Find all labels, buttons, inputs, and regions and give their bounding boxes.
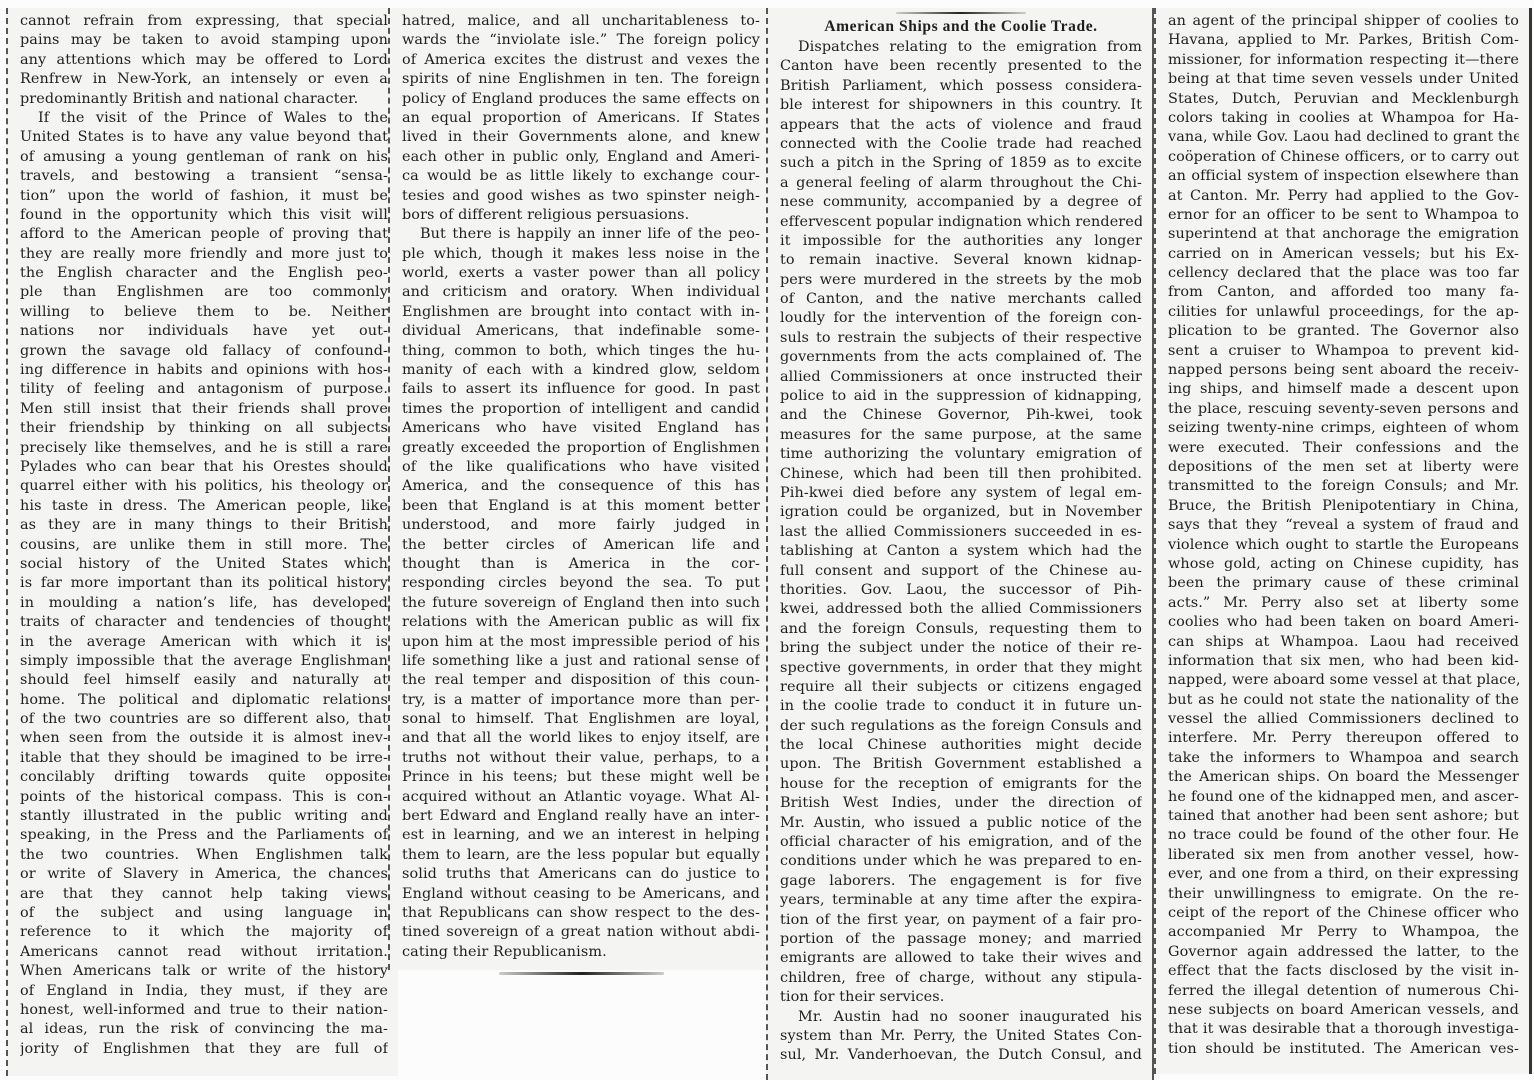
text-line: missioner, for information respecting it… [1168,51,1519,70]
text-line: bors of different religious persuasions. [402,206,760,225]
text-line: Havana, applied to Mr. Parkes, British C… [1168,31,1519,50]
text-line: thing, common to both, which tinges the … [402,342,760,361]
text-line: ca would be as little likely to exchange… [402,167,760,186]
text-line: Mr. Austin, who issued a public notice o… [780,814,1142,833]
text-line: grown the savage old fallacy of confound… [20,342,388,361]
text-line: quarrel either with his politics, his th… [20,477,388,496]
text-line: ing difference in habits and opinions wi… [20,361,388,380]
text-line: Americans cannot read without irritation… [20,943,388,962]
text-line: each other in public only, England and A… [402,148,760,167]
text-line: of Canton, and the native merchants call… [780,290,1142,309]
text-line: were executed. Their confessions and the [1168,439,1519,458]
text-line: coolies who had been taken on board Amer… [1168,613,1519,632]
text-line: reference to it which the majority of [20,923,388,942]
section-divider-rule [896,12,1026,14]
text-line: ernor for an officer to be sent to Whamp… [1168,206,1519,225]
text-line: information that six men, who had been k… [1168,652,1519,671]
text-line: America, and the consequence of this has [402,477,760,496]
text-line: house for the reception of emigrants for… [780,775,1142,794]
text-line: Chinese, which had been till then prohib… [780,465,1142,484]
text-line: an official system of inspection elsewhe… [1168,167,1519,186]
text-line: life something like a just and rational … [402,652,760,671]
text-line: try, is a matter of importance more than… [402,691,760,710]
text-line: est in learning, and we an interest in h… [402,826,760,845]
text-line: whose gold, acting on Chinese cupidity, … [1168,555,1519,574]
text-line: Governor again addressed the latter, to … [1168,943,1519,962]
text-line: carried on in American vessels; but his … [1168,245,1519,264]
text-line: a general feeling of alarm throughout th… [780,174,1142,193]
text-line: the place, rescuing seventy-seven person… [1168,400,1519,419]
text-line: simply impossible that the average Engli… [20,652,388,671]
text-line: in the coolie trade to conduct it in fut… [780,697,1142,716]
article-end-rule [499,972,664,975]
text-line: or write of Slavery in America, the chan… [20,865,388,884]
text-line: governments from the acts complained of.… [780,348,1142,367]
text-line: acts.” Mr. Perry also set at liberty som… [1168,594,1519,613]
text-line: willing to believe them to be. Neither [20,303,388,322]
text-line: truths not without their value, perhaps,… [402,749,760,768]
text-line: the future sovereign of England then int… [402,594,760,613]
text-line: al ideas, run the risk of convincing the… [20,1020,388,1039]
text-line: itable that they should be imagined to b… [20,749,388,768]
text-line: spective governments, in order that they… [780,659,1142,678]
text-line: hatred, malice, and all uncharitableness… [402,12,760,31]
text-line: jority of Englishmen that they are full … [20,1040,388,1059]
text-line: nese community, accompanied by a degree … [780,193,1142,212]
text-line: stantly illustrated in the public writin… [20,807,388,826]
text-line: upon. The British Government established… [780,755,1142,774]
text-line: pers were murdered in the streets by the… [780,271,1142,290]
text-line: the two countries. When Englishmen talk [20,846,388,865]
text-line: dividual Americans, that indefinable som… [402,322,760,341]
text-line: should feel himself easily and naturally… [20,671,388,690]
text-line: the English character and the English pe… [20,264,388,283]
text-line: ple than Englishmen are too commonly [20,283,388,302]
text-line: measures for the same purpose, at the sa… [780,426,1142,445]
text-line: in the average American with which it is [20,633,388,652]
text-line: tion” upon the world of fashion, it must… [20,187,388,206]
text-line: travels, and bestowing a transient “sens… [20,167,388,186]
text-line: cellency declared that the place was too… [1168,264,1519,283]
text-line: lived in their Governments alone, and kn… [402,128,760,147]
text-line: is far more important than its political… [20,574,388,593]
text-line: Prince in his teens; but these might wel… [402,768,760,787]
text-line: If the visit of the Prince of Wales to t… [20,109,388,128]
text-line: children, free of charge, without any st… [780,969,1142,988]
text-line: manity of each with a kindred glow, seld… [402,361,760,380]
text-line: superintend at that anchorage the emigra… [1168,225,1519,244]
text-line: he found one of the kidnapped men, and a… [1168,788,1519,807]
text-line: world, exerts a vaster power than all po… [402,264,760,283]
text-line: cating their Republicanism. [402,943,760,962]
text-line: no trace could be found of the other fou… [1168,826,1519,845]
text-line: solid truths that Americans can do justi… [402,865,760,884]
text-line: sent a cruiser to Whampoa to prevent kid… [1168,342,1519,361]
text-line: tility of feeling and antagonism of purp… [20,380,388,399]
text-line: their unwillingness to emigrate. On the … [1168,885,1519,904]
text-line: liberated six men from another vessel, h… [1168,846,1519,865]
text-line: responding circles beyond the sea. To pu… [402,574,760,593]
text-line: Pylades who can bear that his Orestes sh… [20,458,388,477]
text-line: being at that time seven vessels under U… [1168,70,1519,89]
text-line: transmitted to the foreign Consuls; and … [1168,477,1519,496]
text-line: understood, and more fairly judged in [402,516,760,535]
text-line: the real temper and disposition of this … [402,671,760,690]
text-line: napped, were aboard some vessel at that … [1168,671,1519,690]
text-line: States, Dutch, Peruvian and Mecklenburgh [1168,90,1519,109]
text-line: and criticism and oratory. When individu… [402,283,760,302]
text-line: says that they “reveal a system of fraud… [1168,516,1519,535]
text-line: tined sovereign of a great nation withou… [402,923,760,942]
text-line: when seen from the outside it is almost … [20,729,388,748]
text-line: cannot refrain from expressing, that spe… [20,12,388,31]
text-line: time authorizing the voluntary emigratio… [780,445,1142,464]
text-line: coöperation of Chinese officers, or to c… [1168,148,1519,167]
text-line: it impossible for the authorities any lo… [780,232,1142,251]
text-line: are that they cannot help taking views [20,885,388,904]
text-line: Americans who have visited England has [402,419,760,438]
text-line: of the two countries are so different al… [20,710,388,729]
text-line: United States is to have any value beyon… [20,128,388,147]
text-line: thorities. Gov. Laou, the successor of P… [780,581,1142,600]
text-line: thought than is America in the cor- [402,555,760,574]
text-line: of the subject and using language in [20,904,388,923]
text-line: tion of the first year, on payment of a … [780,911,1142,930]
text-line: interfere. Mr. Perry thereupon offered t… [1168,729,1519,748]
text-line: of the like qualifications who have visi… [402,458,760,477]
text-line: them to learn, are the less popular but … [402,846,760,865]
text-line: colors taking in coolies at Whampoa for … [1168,109,1519,128]
text-line: violence which ought to startle the Euro… [1168,536,1519,555]
column-3: American Ships and the Coolie Trade. Dis… [766,8,1154,1080]
text-line: ple which, though it makes less noise in… [402,245,760,264]
text-line: from Canton, and afforded too many fa- [1168,283,1519,302]
text-line: social history of the United States whic… [20,555,388,574]
text-line: tion for their services. [780,988,1142,1007]
text-line: effect that the facts disclosed by the v… [1168,962,1519,981]
text-line: relations with the American public as wi… [402,613,760,632]
text-line: been the primary cause of these criminal [1168,574,1519,593]
text-line: When Americans talk or write of the hist… [20,962,388,981]
text-line: police to aid in the suppression of kidn… [780,387,1142,406]
text-line: but as he could not state the nationalit… [1168,691,1519,710]
text-line: require all their subjects or citizens e… [780,678,1142,697]
text-line: accompanied Mr Perry to Whampoa, the [1168,923,1519,942]
text-line: sul, Mr. Vanderhoevan, the Dutch Consul,… [780,1046,1142,1065]
text-line: tesies and good wishes as two spinster n… [402,187,760,206]
text-line: loudly for the intervention of the forei… [780,309,1142,328]
text-line: of America excites the distrust and vexe… [402,51,760,70]
text-line: Dispatches relating to the emigration fr… [780,38,1142,57]
text-line: allied Commissioners at once instructed … [780,368,1142,387]
text-line: been that England is at this moment bett… [402,497,760,516]
text-line: found in the opportunity which this visi… [20,206,388,225]
text-line: take the informers to Whampoa and search [1168,749,1519,768]
text-line: ceipt of the report of the Chinese offic… [1168,904,1519,923]
text-line: portion of the passage money; and marrie… [780,930,1142,949]
text-line: plication to be granted. The Governor al… [1168,322,1519,341]
text-line: tained that another had been sent ashore… [1168,807,1519,826]
text-line: depositions of the men set at liberty we… [1168,458,1519,477]
text-line: that Republicans can show respect to the… [402,904,760,923]
text-line: Pih-kwei died before any system of legal… [780,484,1142,503]
text-line: Renfrew in New-York, an intensely or eve… [20,70,388,89]
text-line: policy of England produces the same effe… [402,90,760,109]
text-line: spirits of nine Englishmen in ten. The f… [402,70,760,89]
text-line: official character of his emigration, an… [780,833,1142,852]
text-line: traits of character and tendencies of th… [20,613,388,632]
column-2: hatred, malice, and all uncharitableness… [388,8,772,970]
text-line: pains may be taken to avoid stamping upo… [20,31,388,50]
text-line: precisely like themselves, and he is sti… [20,439,388,458]
text-line: suls to restrain the subjects of their r… [780,329,1142,348]
text-line: system than Mr. Perry, the United States… [780,1027,1142,1046]
text-line: an equal proportion of Americans. If Sta… [402,109,760,128]
text-line: acquired without an Atlantic voyage. Wha… [402,788,760,807]
text-line: Bruce, the British Plenipotentiary in Ch… [1168,497,1519,516]
text-line: the better circles of American life and [402,536,760,555]
text-line: England without ceasing to be Americans,… [402,885,760,904]
text-line: ble interest for shipowners in this coun… [780,96,1142,115]
text-line: of England in India, they must, if they … [20,982,388,1001]
text-line: his taste in dress. The American people,… [20,497,388,516]
column-4: an agent of the principal shipper of coo… [1154,8,1532,1074]
text-line: predominantly British and national chara… [20,90,388,109]
text-line: But there is happily an inner life of th… [402,225,760,244]
text-line: such a pitch in the Spring of 1859 as to… [780,154,1142,173]
text-line: they are really more friendly and more j… [20,245,388,264]
text-line: connected with the Coolie trade had reac… [780,135,1142,154]
text-line: nese subjects on board American vessels,… [1168,1001,1519,1020]
text-line: cilities for unlawful proceedings, for t… [1168,303,1519,322]
text-line: emigrants are allowed to take their wive… [780,949,1142,968]
text-line: effervescent popular indignation which r… [780,213,1142,232]
text-line: points of the historical compass. This i… [20,788,388,807]
text-line: greatly exceeded the proportion of Engli… [402,439,760,458]
text-line: in moulding a nation’s life, has develop… [20,594,388,613]
text-line: gage laborers. The engagement is for fiv… [780,872,1142,891]
text-line: igration could be organized, but in Nove… [780,503,1142,522]
text-line: napped persons being sent aboard the rec… [1168,361,1519,380]
text-line: kwei, addressed both the allied Commissi… [780,600,1142,619]
article-headline: American Ships and the Coolie Trade. [780,16,1142,38]
text-line: years, terminable at any time after the … [780,891,1142,910]
text-line: times the proportion of intelligent and … [402,400,760,419]
text-line: fails to assert its influence for good. … [402,380,760,399]
text-line: vessel the allied Commissioners declined… [1168,710,1519,729]
text-line: to remain inactive. Several known kidnap… [780,251,1142,270]
text-line: seizing twenty-nine crimps, eighteen of … [1168,419,1519,438]
text-line: any attentions which may be offered to L… [20,51,388,70]
text-line: cousins, are unlike them in still more. … [20,536,388,555]
text-line: and the foreign Consuls, requesting them… [780,620,1142,639]
text-line: can ships at Whampoa. Laou had received [1168,633,1519,652]
text-line: vana, while Gov. Laou had declined to gr… [1168,128,1519,147]
text-line: that it was desirable that a thorough in… [1168,1020,1519,1039]
text-line: bert Edward and England really have an i… [402,807,760,826]
text-line: tion should be instituted. The American … [1168,1040,1519,1059]
text-line: their friendship by thinking on all subj… [20,419,388,438]
text-line: Men still insist that their friends shal… [20,400,388,419]
text-line: home. The political and diplomatic relat… [20,691,388,710]
text-line: afford to the American people of proving… [20,225,388,244]
text-line: ferred the illegal detention of numerous… [1168,982,1519,1001]
text-line: nations nor individuals have yet out- [20,322,388,341]
text-line: upon him at the most impressible period … [402,633,760,652]
newspaper-page: cannot refrain from expressing, that spe… [0,0,1534,1080]
text-line: ing ships, and himself made a descent up… [1168,380,1519,399]
text-line: and the Chinese Governor, Pih-kwei, took [780,406,1142,425]
text-line: concilably drifting towards quite opposi… [20,768,388,787]
text-line: and that all the world likes to enjoy it… [402,729,760,748]
text-line: conditions under which he was prepared t… [780,852,1142,871]
text-line: as they are in many things to their Brit… [20,516,388,535]
text-line: appears that the acts of violence and fr… [780,116,1142,135]
text-line: tablishing at Canton a system which had … [780,542,1142,561]
text-line: the American ships. On board the Messeng… [1168,768,1519,787]
text-line: Englishmen are brought into contact with… [402,303,760,322]
text-line: wards the “inviolate isle.” The foreign … [402,31,760,50]
text-line: an agent of the principal shipper of coo… [1168,12,1519,31]
text-line: last the allied Commissioners succeeded … [780,523,1142,542]
text-line: honest, well-informed and true to their … [20,1001,388,1020]
text-line: speaking, in the Press and the Parliamen… [20,826,388,845]
text-line: bring the subject under the notice of th… [780,639,1142,658]
text-line: Canton have been recently presented to t… [780,57,1142,76]
text-line: of amusing a young gentleman of rank on … [20,148,388,167]
text-line: der such regulations as the foreign Cons… [780,717,1142,736]
text-line: British Parliament, which possess consid… [780,77,1142,96]
text-line: sonal to himself. That Englishmen are lo… [402,710,760,729]
text-line: the local Chinese authorities might deci… [780,736,1142,755]
column-1: cannot refrain from expressing, that spe… [6,8,398,1076]
text-line: British West Indies, under the direction… [780,794,1142,813]
text-line: Mr. Austin had no sooner inaugurated his [780,1008,1142,1027]
text-line: full consent and support of the Chinese … [780,562,1142,581]
text-line: at Canton. Mr. Perry had applied to the … [1168,187,1519,206]
article-body-coolie-trade: Dispatches relating to the emigration fr… [780,38,1142,1066]
text-line: ever, and one from a third, on their exp… [1168,865,1519,884]
